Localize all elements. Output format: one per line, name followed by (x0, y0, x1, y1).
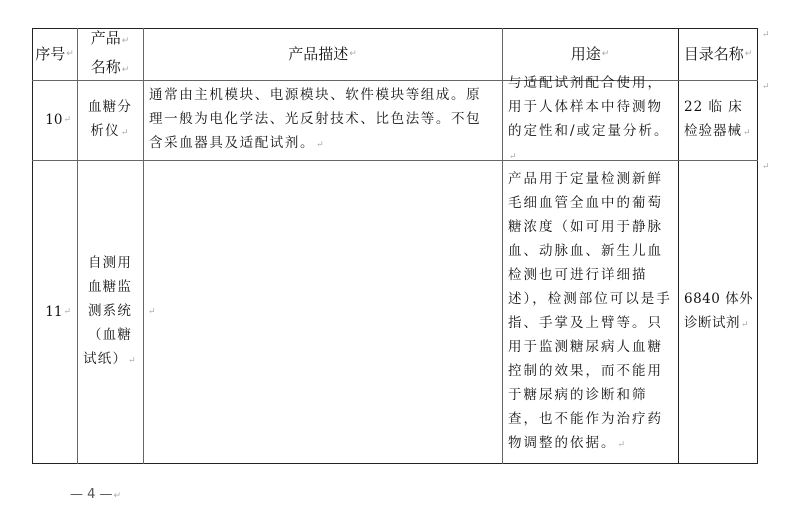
row-10-no: 10↵ (32, 80, 77, 160)
row-11-description: ↵ (143, 160, 502, 464)
row-10-usage: 与适配试剂配合使用， 用于人体样本中待测物 的定性和/或定量分析。↵ (502, 80, 678, 160)
header-description: 产品描述↵ (143, 28, 502, 80)
row-11-no: 11↵ (32, 160, 77, 464)
header-no: 序号↵ (32, 28, 77, 80)
row-11-usage: 产品用于定量检测新鲜 毛细血管全血中的葡萄 糖浓度（如可用于静脉 血、动脉血、新… (502, 160, 678, 464)
row-10-name: 血糖分 析仪↵ (77, 80, 143, 160)
row-11-catalog: 6840 体外 诊断试剂↵ (678, 160, 758, 464)
paragraph-mark: ↵ (762, 82, 770, 92)
product-table: 序号↵ 产品↵ 名称↵ 产品描述↵ 用途↵ 目录名称↵ 10↵ 血糖分 析仪↵ … (32, 28, 758, 464)
header-name: 产品↵ 名称↵ (77, 28, 143, 80)
paragraph-mark: ↵ (762, 30, 770, 40)
row-11-name: 自测用 血糖监 测系统 （血糖 试纸）↵ (77, 160, 143, 464)
row-10-description: 通常由主机模块、电源模块、软件模块等组成。原 理一般为电化学法、光反射技术、比色… (143, 80, 502, 160)
paragraph-mark: ↵ (762, 162, 770, 172)
row-10-catalog: 22 临 床 检验器械↵ (678, 80, 758, 160)
page-number: — 4 —↵ (70, 487, 121, 502)
header-catalog: 目录名称↵ (678, 28, 758, 80)
